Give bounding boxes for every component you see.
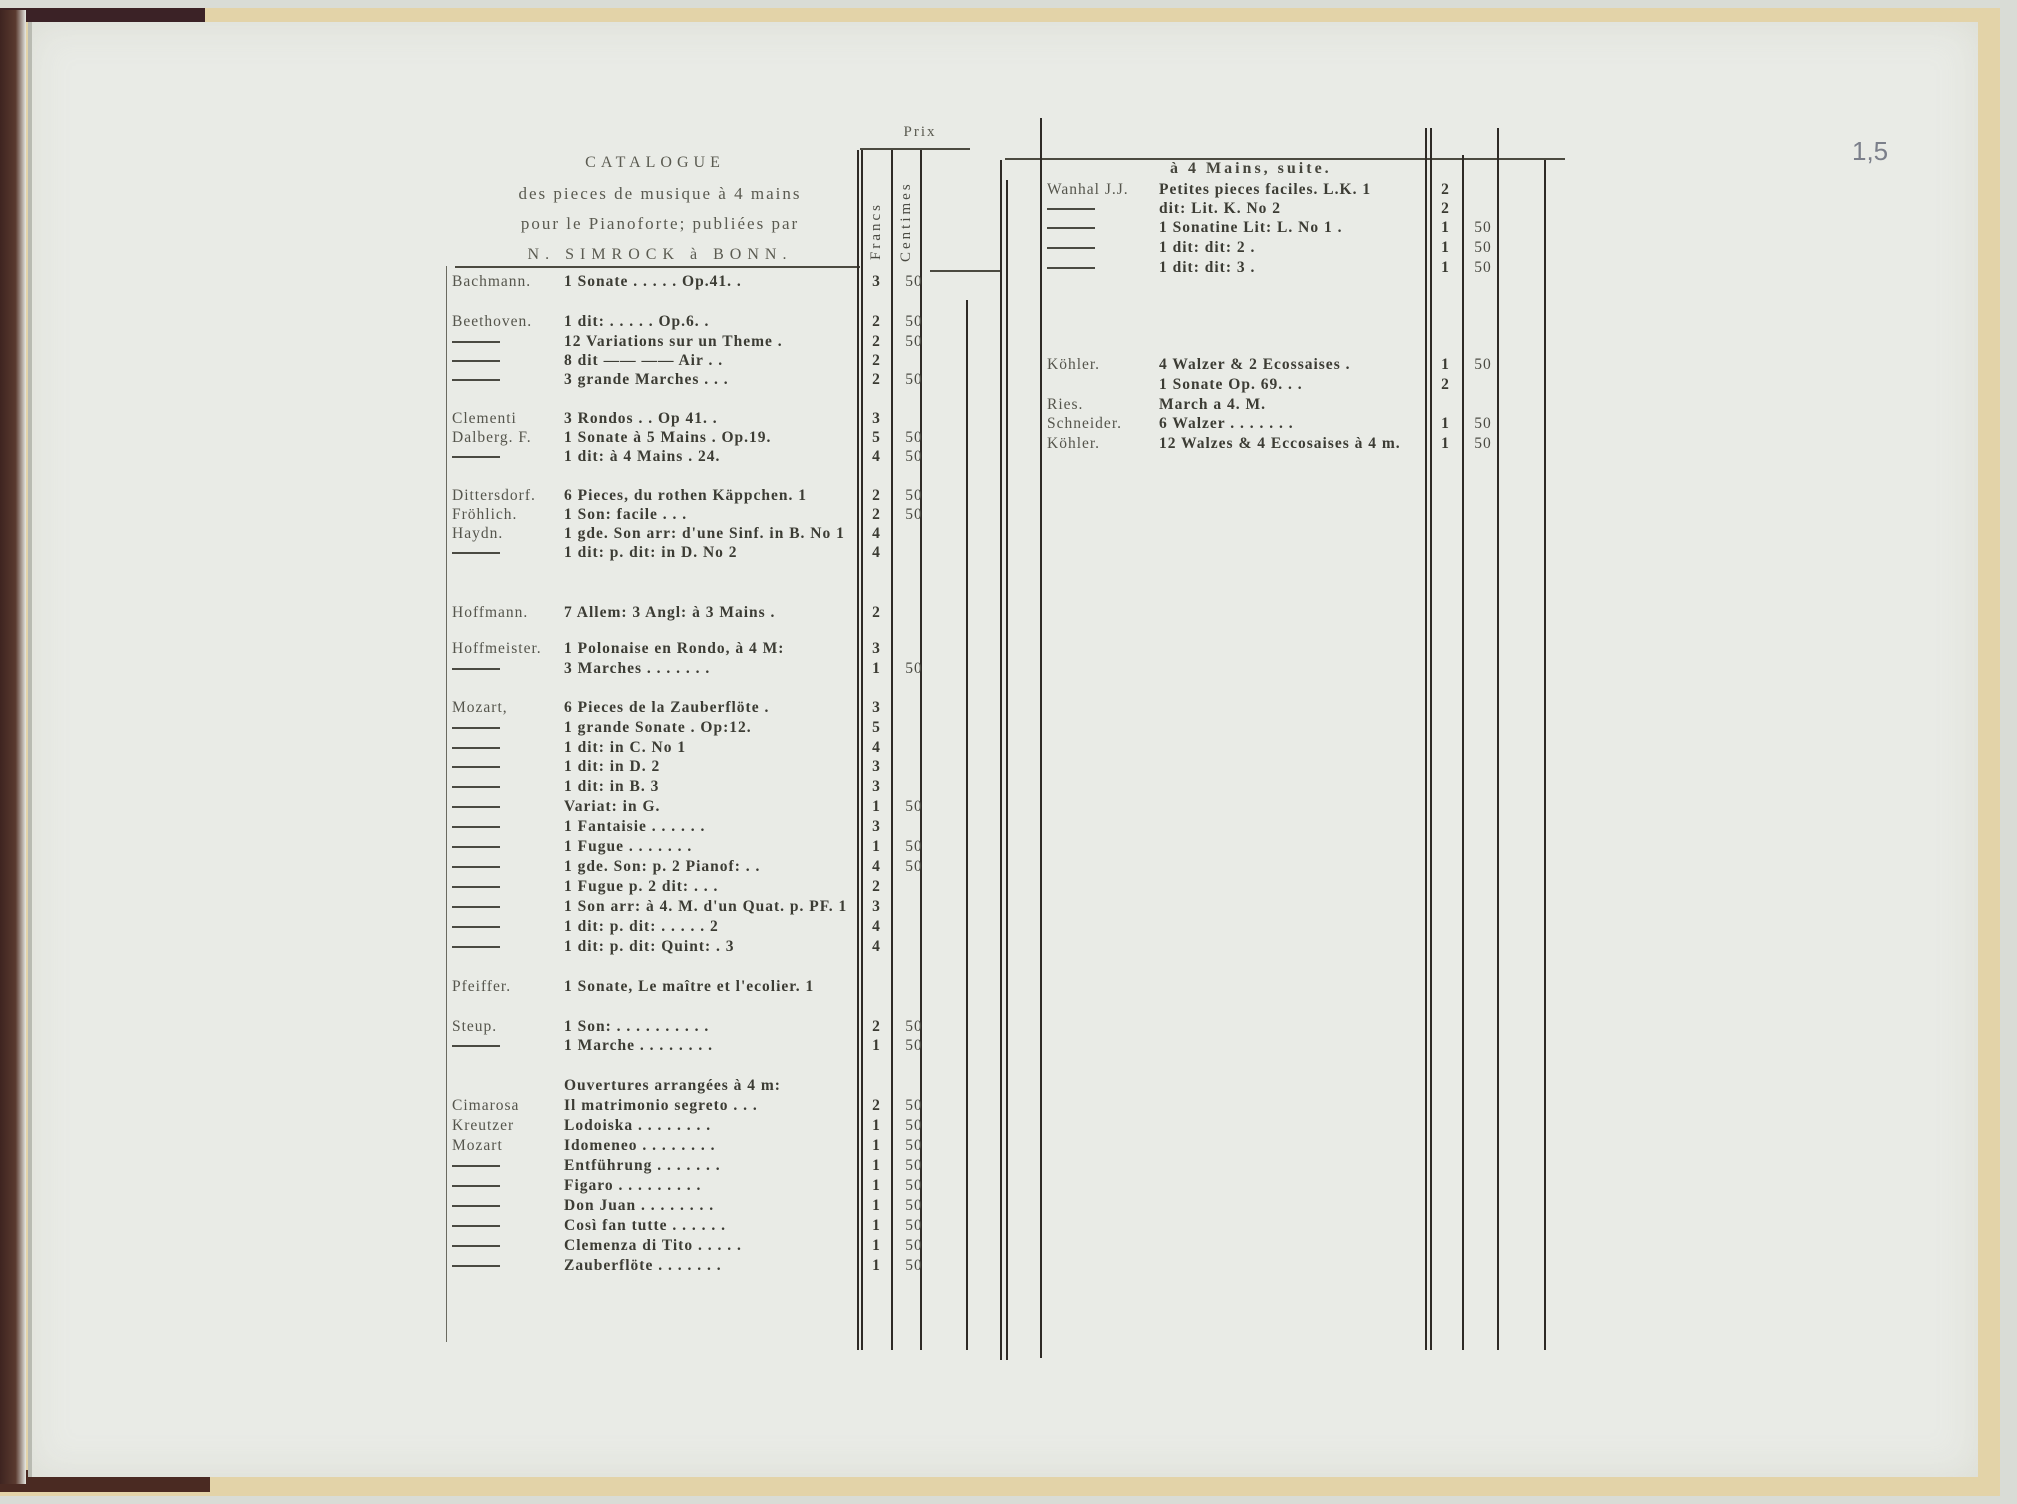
entry-centimes: 50 [900,1196,928,1216]
entry-title: 1 dit: in B. 3 [564,777,659,797]
right-francs-left-rule-2 [1430,128,1432,1350]
entry-composer [452,738,500,758]
catalogue-entry: Hoffmann.7 Allem: 3 Angl: à 3 Mains .2 [452,603,1372,623]
catalogue-entry: 1 grande Sonate . Op:12.5 [452,718,1372,738]
catalogue-entry: 1 gde. Son: p. 2 Pianof: . .450 [452,857,1372,877]
entry-title: 1 dit: . . . . . Op.6. . [564,312,709,332]
entry-composer [452,1196,500,1216]
entry-composer: Hoffmann. [452,603,528,623]
entry-centimes: 50 [900,1256,928,1276]
entry-francs: 1 [1435,238,1455,258]
entry-composer [452,897,500,917]
entry-composer [1047,199,1095,219]
entry-composer [452,659,500,679]
entry-composer: Kreutzer [452,1116,514,1136]
entry-francs: 1 [866,1176,886,1196]
entry-francs: 2 [866,1096,886,1116]
entry-composer [452,777,500,797]
catalogue-entry: MozartIdomeneo . . . . . . . .150 [452,1136,1372,1156]
catalogue-entry: Entführung . . . . . . .150 [452,1156,1372,1176]
entry-composer: Fröhlich. [452,505,517,525]
entry-title: 1 dit: p. dit: . . . . . 2 [564,917,719,937]
ditto-dash [1047,247,1095,249]
entry-title: 12 Walzes & 4 Eccosaises à 4 m. [1159,434,1401,454]
entry-centimes: 50 [900,1096,928,1116]
entry-francs: 3 [866,639,886,659]
entry-francs: 3 [866,897,886,917]
catalogue-entry: 1 dit: in D. 23 [452,757,1372,777]
catalogue-title: CATALOGUE [455,154,855,172]
entry-composer [452,351,500,371]
ditto-dash [452,906,500,908]
catalogue-entry: Così fan tutte . . . . . .150 [452,1216,1372,1236]
entry-title: 6 Pieces, du rothen Käppchen. 1 [564,486,807,506]
entry-centimes: 50 [1469,434,1497,454]
entry-composer: Wanhal J.J. [1047,180,1129,200]
catalogue-subtitle-2: pour le Pianoforte; publiées par [455,214,865,234]
catalogue-entry: 1 Fugue . . . . . . .150 [452,837,1372,857]
entry-francs: 3 [866,777,886,797]
catalogue-entry: 1 dit: p. dit: . . . . . 24 [452,917,1372,937]
ditto-dash [452,1185,500,1187]
entry-francs: 4 [866,543,886,563]
entry-centimes: 50 [900,659,928,679]
book-spine [0,10,26,1484]
entry-centimes: 50 [900,447,928,467]
catalogue-entry: Variat: in G.150 [452,797,1372,817]
ditto-dash [452,552,500,554]
catalogue-entry: 1 dit: in C. No 14 [452,738,1372,758]
entry-francs: 2 [1435,375,1455,395]
entry-title: 1 Sonate . . . . . Op.41. . [564,272,742,292]
ditto-dash [1047,267,1095,269]
catalogue-entry: Ries.March a 4. M. [1047,395,1567,415]
ditto-dash [452,379,500,381]
entry-francs: 2 [866,351,886,371]
entry-francs: 2 [866,877,886,897]
right-francs-right-rule [1462,155,1464,1350]
entry-centimes: 50 [900,1216,928,1236]
entry-francs: 4 [866,447,886,467]
entry-composer [452,1176,500,1196]
entry-composer: Mozart, [452,698,508,718]
entry-composer: Mozart [452,1136,503,1156]
ditto-dash [452,1245,500,1247]
entry-title: dit: Lit. K. No 2 [1159,199,1281,219]
entry-title: Entführung . . . . . . . [564,1156,721,1176]
ditto-dash [452,826,500,828]
entry-title: 1 Son arr: à 4. M. d'un Quat. p. PF. 1 [564,897,847,917]
entry-title: 1 dit: p. dit: Quint: . 3 [564,937,735,957]
entry-composer [1047,258,1095,278]
entry-composer: Beethoven. [452,312,532,332]
entry-francs: 1 [1435,414,1455,434]
entry-centimes: 50 [1469,218,1497,238]
ditto-dash [452,341,500,343]
ditto-dash [452,846,500,848]
entry-centimes: 50 [1469,414,1497,434]
ditto-dash [452,668,500,670]
entry-composer: Köhler. [1047,355,1100,375]
entry-composer: Haydn. [452,524,503,544]
catalogue-entry: 1 dit: p. dit: in D. No 24 [452,543,1372,563]
ditto-dash [452,360,500,362]
catalogue-entry: 1 dit: dit: 2 .150 [1047,238,1567,258]
catalogue-entry: Schneider.6 Walzer . . . . . . .150 [1047,414,1567,434]
entry-title: 6 Walzer . . . . . . . [1159,414,1294,434]
catalogue-entry: 1 dit: in B. 33 [452,777,1372,797]
entry-composer [452,370,500,390]
entry-title: March a 4. M. [1159,395,1266,415]
entry-francs: 4 [866,524,886,544]
catalogue-entry: KreutzerLodoiska . . . . . . . .150 [452,1116,1372,1136]
entry-title: 1 dit: in D. 2 [564,757,660,777]
entry-francs: 4 [866,857,886,877]
entry-title: 3 Marches . . . . . . . [564,659,710,679]
entry-francs: 3 [866,757,886,777]
entry-francs: 4 [866,917,886,937]
catalogue-entry: Köhler.4 Walzer & 2 Ecossaises .150 [1047,355,1567,375]
catalogue-entry: Zauberflöte . . . . . . .150 [452,1256,1372,1276]
catalogue-entry: Mozart,6 Pieces de la Zauberflöte .3 [452,698,1372,718]
catalogue-entry: 1 Son arr: à 4. M. d'un Quat. p. PF. 13 [452,897,1372,917]
catalogue-entry: Wanhal J.J.Petites pieces faciles. L.K. … [1047,180,1567,200]
ditto-dash [452,806,500,808]
entry-centimes: 50 [900,1136,928,1156]
catalogue-entry: 1 Marche . . . . . . . .150 [452,1036,1372,1056]
entry-francs: 1 [1435,258,1455,278]
catalogue-entry: 1 dit: p. dit: Quint: . 34 [452,937,1372,957]
entry-title: 7 Allem: 3 Angl: à 3 Mains . [564,603,775,623]
entry-title: Zauberflöte . . . . . . . [564,1256,722,1276]
catalogue-entry: Figaro . . . . . . . . .150 [452,1176,1372,1196]
entry-composer [452,1236,500,1256]
ditto-dash [452,866,500,868]
entry-francs: 1 [866,1136,886,1156]
left-margin-rule [446,266,447,1342]
entry-centimes: 50 [900,1017,928,1037]
entry-title: 3 grande Marches . . . [564,370,729,390]
catalogue-entry: Köhler.12 Walzes & 4 Eccosaises à 4 m.15… [1047,434,1567,454]
entry-centimes: 50 [900,1176,928,1196]
entry-centimes: 50 [900,1156,928,1176]
entry-composer: Köhler. [1047,434,1100,454]
entry-title: 4 Walzer & 2 Ecossaises . [1159,355,1350,375]
catalogue-entry: Ouvertures arrangées à 4 m: [452,1076,1372,1096]
entry-francs: 2 [866,505,886,525]
entry-composer: Clementi [452,409,517,429]
entry-composer: Dittersdorf. [452,486,536,506]
entry-title: 1 dit: à 4 Mains . 24. [564,447,720,467]
entry-title: 1 Fugue p. 2 dit: . . . [564,877,718,897]
entry-centimes: 50 [900,486,928,506]
entry-composer: Schneider. [1047,414,1122,434]
entry-francs: 1 [866,837,886,857]
ditto-dash [452,747,500,749]
entry-composer [452,1216,500,1236]
entry-centimes: 50 [900,1236,928,1256]
book-cover-edge-top [0,8,205,22]
entry-composer [452,1156,500,1176]
entry-centimes: 50 [900,332,928,352]
entry-title: Lodoiska . . . . . . . . [564,1116,711,1136]
price-heading: Prix [890,124,950,141]
entry-title: Don Juan . . . . . . . . [564,1196,714,1216]
entry-title: 1 Fantaisie . . . . . . [564,817,705,837]
entry-francs: 2 [866,1017,886,1037]
catalogue-entry: 12 Variations sur un Theme .250 [452,332,1372,352]
catalogue-entry: 1 Fantaisie . . . . . .3 [452,817,1372,837]
entry-composer [452,447,500,467]
entry-composer [452,857,500,877]
entry-francs: 3 [866,698,886,718]
entry-francs: 1 [866,1116,886,1136]
entry-francs: 2 [866,370,886,390]
page-fold [28,22,32,1477]
entry-centimes: 50 [900,370,928,390]
catalogue-entry: Don Juan . . . . . . . .150 [452,1196,1372,1216]
entry-centimes: 50 [900,272,928,292]
entry-centimes: 50 [900,797,928,817]
entry-title: 1 Sonate à 5 Mains . Op.19. [564,428,771,448]
entry-composer: Pfeiffer. [452,977,511,997]
entry-composer [452,718,500,738]
entry-composer [452,1036,500,1056]
entry-francs: 5 [866,718,886,738]
entry-title: 1 Son: facile . . . [564,505,687,525]
entry-centimes: 50 [900,837,928,857]
entry-francs: 1 [1435,218,1455,238]
publisher-line: N. SIMROCK à BONN. [455,246,865,264]
entry-title: Petites pieces faciles. L.K. 1 [1159,180,1371,200]
catalogue-entry: dit: Lit. K. No 22 [1047,199,1567,219]
entry-francs: 3 [866,817,886,837]
entry-title: Così fan tutte . . . . . . [564,1216,726,1236]
entry-centimes: 50 [900,857,928,877]
entry-composer [452,817,500,837]
entry-francs: 4 [866,937,886,957]
entry-composer: Steup. [452,1017,497,1037]
catalogue-entry: Hoffmeister.1 Polonaise en Rondo, à 4 M:… [452,639,1372,659]
entry-francs: 1 [1435,434,1455,454]
entry-francs: 3 [866,272,886,292]
entry-composer [452,332,500,352]
entry-title: 6 Pieces de la Zauberflöte . [564,698,769,718]
header-rule [455,266,860,268]
entry-title: 1 gde. Son: p. 2 Pianof: . . [564,857,760,877]
entry-title: Idomeneo . . . . . . . . [564,1136,715,1156]
entry-title: 1 Sonatine Lit: L. No 1 . [1159,218,1342,238]
entry-title: 1 Marche . . . . . . . . [564,1036,713,1056]
entry-composer [452,1256,500,1276]
francs-heading: Francs [868,202,885,260]
catalogue-subtitle-1: des pieces de musique à 4 mains [455,184,865,204]
entry-francs: 1 [866,1256,886,1276]
right-francs-left-rule [1425,128,1427,1350]
entry-title: 8 dit —— —— Air . . [564,351,723,371]
entry-francs: 2 [1435,180,1455,200]
catalogue-entry: 3 Marches . . . . . . .150 [452,659,1372,679]
catalogue-entry: Fröhlich.1 Son: facile . . .250 [452,505,1372,525]
entry-centimes: 50 [1469,258,1497,278]
entry-francs: 1 [866,659,886,679]
entry-composer [452,757,500,777]
ditto-dash [452,1225,500,1227]
entry-francs: 1 [866,1196,886,1216]
entry-composer [1047,218,1095,238]
entry-title: 1 dit: in C. No 1 [564,738,686,758]
entry-title: 1 gde. Son arr: d'une Sinf. in B. No 1 [564,524,845,544]
entry-composer: Ries. [1047,395,1083,415]
catalogue-entry: Pfeiffer.1 Sonate, Le maître et l'ecolie… [452,977,1372,997]
entry-composer: Bachmann. [452,272,531,292]
entry-francs: 1 [866,1036,886,1056]
catalogue-entry: 1 Sonate Op. 69. . .2 [1047,375,1567,395]
entry-title: 1 dit: p. dit: in D. No 2 [564,543,738,563]
entry-francs: 1 [866,1216,886,1236]
entry-composer [452,917,500,937]
entry-composer [452,837,500,857]
entry-centimes: 50 [900,1036,928,1056]
ditto-dash [452,926,500,928]
entry-centimes: 50 [900,1116,928,1136]
price-rule [860,148,970,150]
ditto-dash [452,1205,500,1207]
catalogue-entry: Haydn.1 gde. Son arr: d'une Sinf. in B. … [452,524,1372,544]
entry-title: 1 Fugue . . . . . . . [564,837,692,857]
catalogue-entry: 1 Fugue p. 2 dit: . . .2 [452,877,1372,897]
ditto-dash [1047,227,1095,229]
entry-composer: Hoffmeister. [452,639,542,659]
catalogue-entry: CimarosaIl matrimonio segreto . . .250 [452,1096,1372,1116]
ditto-dash [452,1165,500,1167]
entry-composer [452,877,500,897]
catalogue-entry: 1 Sonatine Lit: L. No 1 .150 [1047,218,1567,238]
right-centimes-right-rule [1497,128,1499,1350]
entry-composer [452,797,500,817]
entry-composer: Dalberg. F. [452,428,532,448]
entry-francs: 2 [866,603,886,623]
entry-title: Ouvertures arrangées à 4 m: [564,1076,781,1096]
ditto-dash [452,766,500,768]
entry-francs: 2 [866,312,886,332]
entry-francs: 1 [866,1156,886,1176]
entry-francs: 3 [866,409,886,429]
entry-centimes: 50 [900,312,928,332]
entry-title: 1 Son: . . . . . . . . . . [564,1017,709,1037]
entry-title: Variat: in G. [564,797,660,817]
ditto-dash [1047,208,1095,210]
ditto-dash [452,1265,500,1267]
ditto-dash [452,1045,500,1047]
ditto-dash [452,786,500,788]
entry-francs: 2 [866,332,886,352]
page-mark: 1,5 [1852,136,1888,167]
entry-title: 1 Sonate, Le maître et l'ecolier. 1 [564,977,814,997]
catalogue-entry: Dittersdorf.6 Pieces, du rothen Käppchen… [452,486,1372,506]
ditto-dash [452,456,500,458]
right-blank-col-rule [1544,160,1546,1350]
entry-francs: 2 [866,486,886,506]
entry-title: 3 Rondos . . Op 41. . [564,409,718,429]
right-section-title: à 4 Mains, suite. [1170,160,1332,178]
catalogue-entry: 1 dit: dit: 3 .150 [1047,258,1567,278]
entry-centimes: 50 [900,428,928,448]
entry-title: 1 Polonaise en Rondo, à 4 M: [564,639,784,659]
entry-title: 1 Sonate Op. 69. . . [1159,375,1303,395]
catalogue-entry: Clemenza di Tito . . . . .150 [452,1236,1372,1256]
entry-centimes: 50 [1469,238,1497,258]
entry-centimes: 50 [1469,355,1497,375]
centimes-heading: Centimes [898,181,915,262]
catalogue-entry: Steup.1 Son: . . . . . . . . . .250 [452,1017,1372,1037]
entry-francs: 2 [1435,199,1455,219]
entry-francs: 1 [866,1236,886,1256]
entry-title: Il matrimonio segreto . . . [564,1096,758,1116]
ditto-dash [452,886,500,888]
entry-title: 12 Variations sur un Theme . [564,332,783,352]
entry-composer [1047,238,1095,258]
entry-title: Clemenza di Tito . . . . . [564,1236,742,1256]
entry-francs: 1 [1435,355,1455,375]
ditto-dash [452,946,500,948]
entry-centimes: 50 [900,505,928,525]
entry-francs: 5 [866,428,886,448]
entry-composer [452,543,500,563]
entry-francs: 4 [866,738,886,758]
entry-composer [452,937,500,957]
catalogue-entry: Beethoven.1 dit: . . . . . Op.6. .250 [452,312,1372,332]
entry-composer: Cimarosa [452,1096,519,1116]
entry-francs: 1 [866,797,886,817]
entry-title: 1 dit: dit: 2 . [1159,238,1255,258]
entry-title: 1 dit: dit: 3 . [1159,258,1255,278]
ditto-dash [452,727,500,729]
entry-title: 1 grande Sonate . Op:12. [564,718,752,738]
entry-title: Figaro . . . . . . . . . [564,1176,701,1196]
